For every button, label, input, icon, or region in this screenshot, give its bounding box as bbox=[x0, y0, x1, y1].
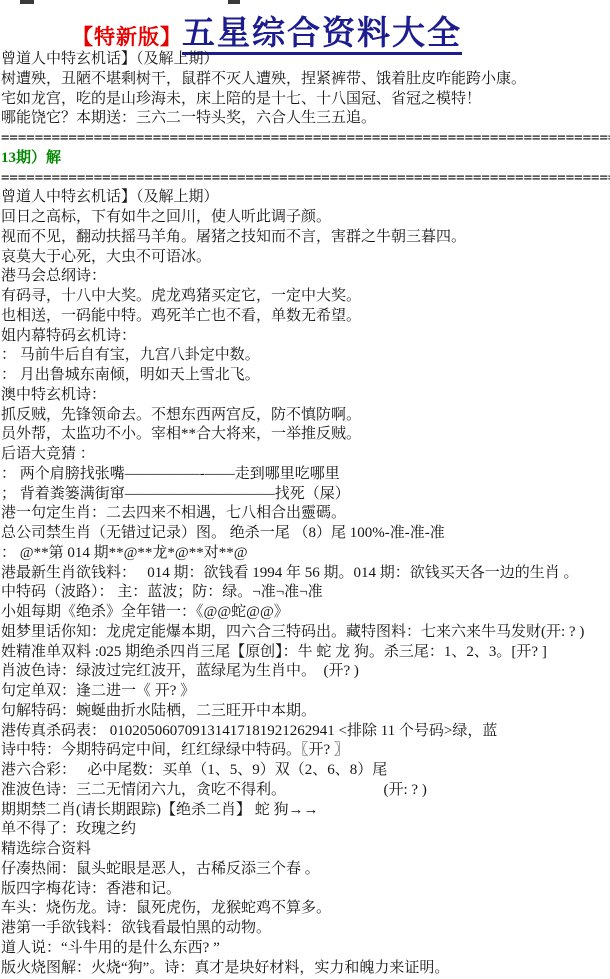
text-line: ； 背着粪篓满街窜——————————找死（屎） bbox=[1, 485, 610, 505]
text-line: 港马会总纲诗： bbox=[1, 267, 610, 287]
text-line: ： 马前牛后自有宝，九宫八卦定中数。 bbox=[1, 346, 610, 366]
text-line: 精选综合资料 bbox=[1, 840, 610, 860]
text-line: 港一句定生肖：二去四来不相遇，七八相合出靈碼。 bbox=[1, 504, 610, 524]
text-line: 员外帮，太监功不小。宰相**合大将来，一举推反贼。 bbox=[1, 425, 610, 445]
text-line: 中特码（波路）： 主：蓝波；防：绿。¬准¬准¬准 bbox=[1, 583, 610, 603]
text-line: 车头：烧伤龙。诗：鼠死虎伤，龙猴蛇鸡不算多。 bbox=[1, 899, 610, 919]
text-line: ： @**第 014 期**@**龙*@**对**@ bbox=[1, 544, 610, 564]
top-clipped-sliver bbox=[20, 0, 34, 4]
text-line: 姐内幕特码玄机诗： bbox=[1, 327, 610, 347]
text-line: 港六合彩： 必中尾数：买单（1、5、9）双（2、6、8）尾 bbox=[1, 761, 610, 781]
text-line: 有码寻，十八中大奖。虎龙鸡猪买定它，一定中大奖。 bbox=[1, 287, 610, 307]
text-line: 港传真杀码表： 010205060709131417181921262941 <… bbox=[1, 722, 610, 742]
text-line: 肖波色诗：绿波过完红波开，蓝绿尾为生肖中。 (开? ) bbox=[1, 662, 610, 682]
content-lines: 曾道人中特玄机话】（及解上期）树遭殃，丑陋不堪剩树干，鼠群不灭人遭殃，捏紧裤带、… bbox=[1, 50, 610, 978]
page-title: 五星综合资料大全 bbox=[182, 16, 462, 55]
text-line: 树遭殃，丑陋不堪剩树干，鼠群不灭人遭殃，捏紧裤带、饿着肚皮咋能跨小康。 bbox=[1, 70, 610, 90]
text-line: 港最新生肖欲钱料： 014 期：欲钱看 1994 年 56 期。014 期：欲钱… bbox=[1, 564, 610, 584]
text-line: 总公司禁生肖（无错过记录）图。 绝杀一尾 （8）尾 100%-准-准-准 bbox=[1, 524, 610, 544]
text-line: 句定单双：逢二进一《 开? 》 bbox=[1, 682, 610, 702]
text-line: 后语大竞猜 ： bbox=[1, 445, 610, 465]
text-line: 回日之高标，下有如牛之回川，使人听此调子颜。 bbox=[1, 208, 610, 228]
text-line: 哀莫大于心死，大虫不可语冰。 bbox=[1, 248, 610, 268]
text-line: 句解特码：蜿蜒曲折水陆栖，二三旺开中本期。 bbox=[1, 702, 610, 722]
text-line: 姓精准单双料 :025 期绝杀四肖三尾【原创】：牛 蛇 龙 狗。杀三尾：1、2、… bbox=[1, 643, 610, 663]
text-line: 版四字梅花诗：香港和记。 bbox=[1, 880, 610, 900]
text-line: 哪能饶它？本期送：三六二一特头奖，六合人生三五追。 bbox=[1, 109, 610, 129]
text-line: 澳中特玄机诗： bbox=[1, 386, 610, 406]
edition-badge: 【特新版】 bbox=[72, 25, 182, 49]
page-header: 【特新版】五星综合资料大全 bbox=[0, 0, 610, 50]
text-line: 期期禁二肖(请长期跟踪)【绝杀二肖】 蛇 狗→→ bbox=[1, 801, 610, 821]
text-line: 单不得了：玫瑰之约 bbox=[1, 820, 610, 840]
text-line: 姐梦里话你知：龙虎定能爆本期，四六合三特码出。藏特图料：七来六来牛马发财(开: … bbox=[1, 623, 610, 643]
text-line: ： 月出鲁城东南倾，明如天上雪北飞。 bbox=[1, 366, 610, 386]
text-line: 小姐每期《绝杀》全年错一：《@@蛇@@》 bbox=[1, 603, 610, 623]
text-line: 曾道人中特玄机话】（及解上期） bbox=[1, 188, 610, 208]
text-line: 仔凑热闹：鼠头蛇眼是恶人，古稀反添三个春 。 bbox=[1, 860, 610, 880]
separator-line: ========================================… bbox=[1, 169, 610, 189]
text-line: 准波色诗：三二无情闭六九，贪吃不得利。 (开: ? ) bbox=[1, 781, 610, 801]
text-line: 宅如龙宫，吃的是山珍海未，床上陪的是十七、十八国冠、省冠之模特！ bbox=[1, 90, 610, 110]
text-line: 抓反贼，先锋领命去。不想东西两宫反，防不慎防啊。 bbox=[1, 406, 610, 426]
text-line: 诗中特：今期特码定中间，红红绿绿中特码。〖开? 〗 bbox=[1, 741, 610, 761]
text-line: ： 两个肩膀找张嘴—————-——走到哪里吃哪里 bbox=[1, 465, 610, 485]
separator-line: ========================================… bbox=[1, 129, 610, 149]
text-line: 港第一手欲钱料：欲钱看最怕黑的动物。 bbox=[1, 919, 610, 939]
text-line: 视而不见，翻动扶摇马羊角。屠猪之技知而不言，害群之牛朝三暮四。 bbox=[1, 228, 610, 248]
text-line: 版火烧图解：火烧“狗”。诗：真才是块好材料，实力和魄力来证明。 bbox=[1, 959, 610, 979]
top-clipped-sliver bbox=[228, 0, 240, 4]
text-line: 也相送，一码能中特。鸡死羊亡也不看，单数无希望。 bbox=[1, 307, 610, 327]
issue-note-line: 13期）解 bbox=[1, 149, 610, 169]
text-line: 道人说：“斗牛用的是什么东西? ” bbox=[1, 939, 610, 959]
